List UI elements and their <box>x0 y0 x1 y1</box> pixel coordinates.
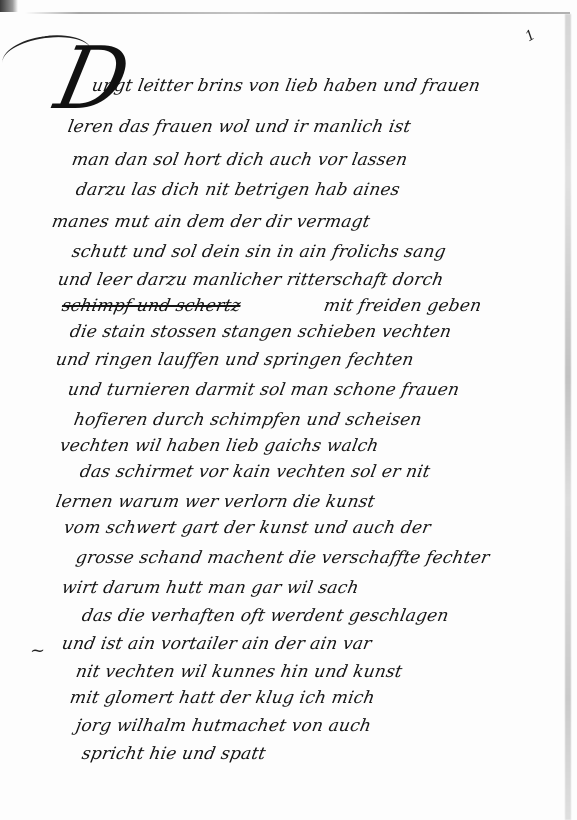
manuscript-line: ungt leitter brins von lieb haben und fr… <box>90 76 482 96</box>
manuscript-page: 1 D ~ ungt leitter brins von lieb haben … <box>0 0 577 820</box>
manuscript-line: jorg wilhalm hutmachet von auch <box>74 716 373 736</box>
manuscript-line: und ringen lauffen und springen fechten <box>54 350 415 370</box>
manuscript-line: schutt und sol dein sin in ain frolichs … <box>70 242 447 262</box>
manuscript-text-lines: ungt leitter brins von lieb haben und fr… <box>0 0 577 820</box>
manuscript-line: mit freiden geben <box>322 296 483 316</box>
manuscript-line: und ist ain vortailer ain der ain var <box>60 634 373 654</box>
manuscript-line: manes mut ain dem der dir vermagt <box>50 212 371 232</box>
manuscript-line: spricht hie und spatt <box>80 744 267 764</box>
manuscript-line: hofieren durch schimpfen und scheisen <box>72 410 423 430</box>
manuscript-line: mit glomert hatt der klug ich mich <box>68 688 376 708</box>
manuscript-line: nit vechten wil kunnes hin und kunst <box>74 662 404 682</box>
manuscript-line: darzu las dich nit betrigen hab aines <box>74 180 401 200</box>
manuscript-line: lernen warum wer verlorn die kunst <box>54 492 376 512</box>
manuscript-line: das schirmet vor kain vechten sol er nit <box>78 462 431 482</box>
manuscript-line: das die verhaften oft werdent geschlagen <box>80 606 450 626</box>
manuscript-line: vom schwert gart der kunst und auch der <box>62 518 432 538</box>
manuscript-line: wirt darum hutt man gar wil sach <box>60 578 360 598</box>
manuscript-line: leren das frauen wol und ir manlich ist <box>66 117 412 137</box>
manuscript-line: und turnieren darmit sol man schone frau… <box>66 380 461 400</box>
manuscript-line: vechten wil haben lieb gaichs walch <box>58 436 380 456</box>
manuscript-line: und leer darzu manlicher ritterschaft do… <box>56 270 445 290</box>
manuscript-line: man dan sol hort dich auch vor lassen <box>70 150 409 170</box>
manuscript-line: grosse schand machent die verschaffte fe… <box>74 548 491 568</box>
manuscript-line: schimpf und schertz <box>60 296 242 316</box>
manuscript-line: die stain stossen stangen schieben vecht… <box>68 322 453 342</box>
